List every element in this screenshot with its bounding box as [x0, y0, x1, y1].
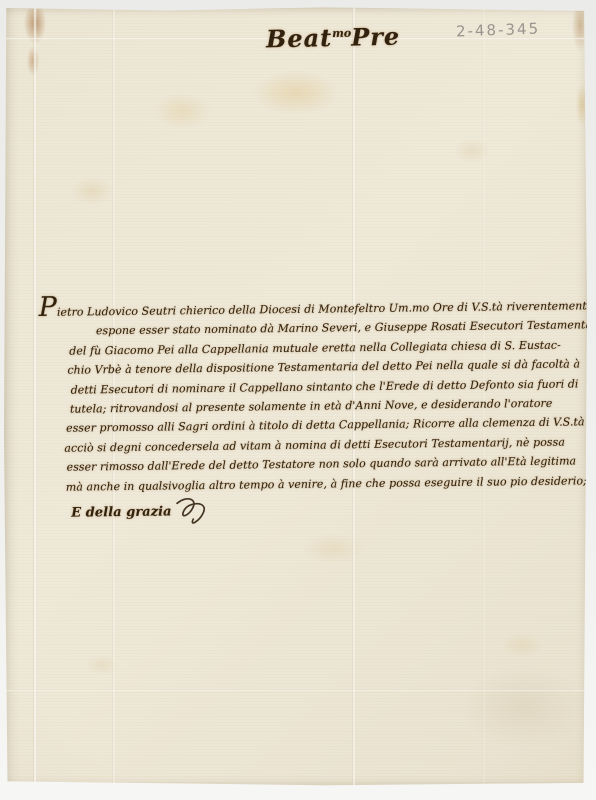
salutation-superscript: mo	[332, 27, 351, 40]
manuscript-line: E della grazia	[71, 490, 581, 530]
paper-sheet: BeatmoPre 2-48-345 Pietro Ludovico Seutr…	[4, 7, 587, 786]
archival-number-pencil: 2-48-345	[456, 20, 541, 41]
salutation-abbrev: Pre	[351, 22, 401, 52]
fold-crease-vertical	[33, 7, 37, 786]
document-salutation: BeatmoPre	[266, 22, 401, 54]
salutation-word: Beat	[266, 23, 333, 53]
manuscript-body: Pietro Ludovico Seutri chierico della Di…	[39, 296, 582, 531]
manuscript-scan: BeatmoPre 2-48-345 Pietro Ludovico Seutr…	[0, 0, 596, 800]
fold-crease-horizontal	[4, 689, 587, 692]
closing-flourish-icon	[175, 495, 217, 530]
closing-text: E della grazia	[71, 504, 172, 520]
